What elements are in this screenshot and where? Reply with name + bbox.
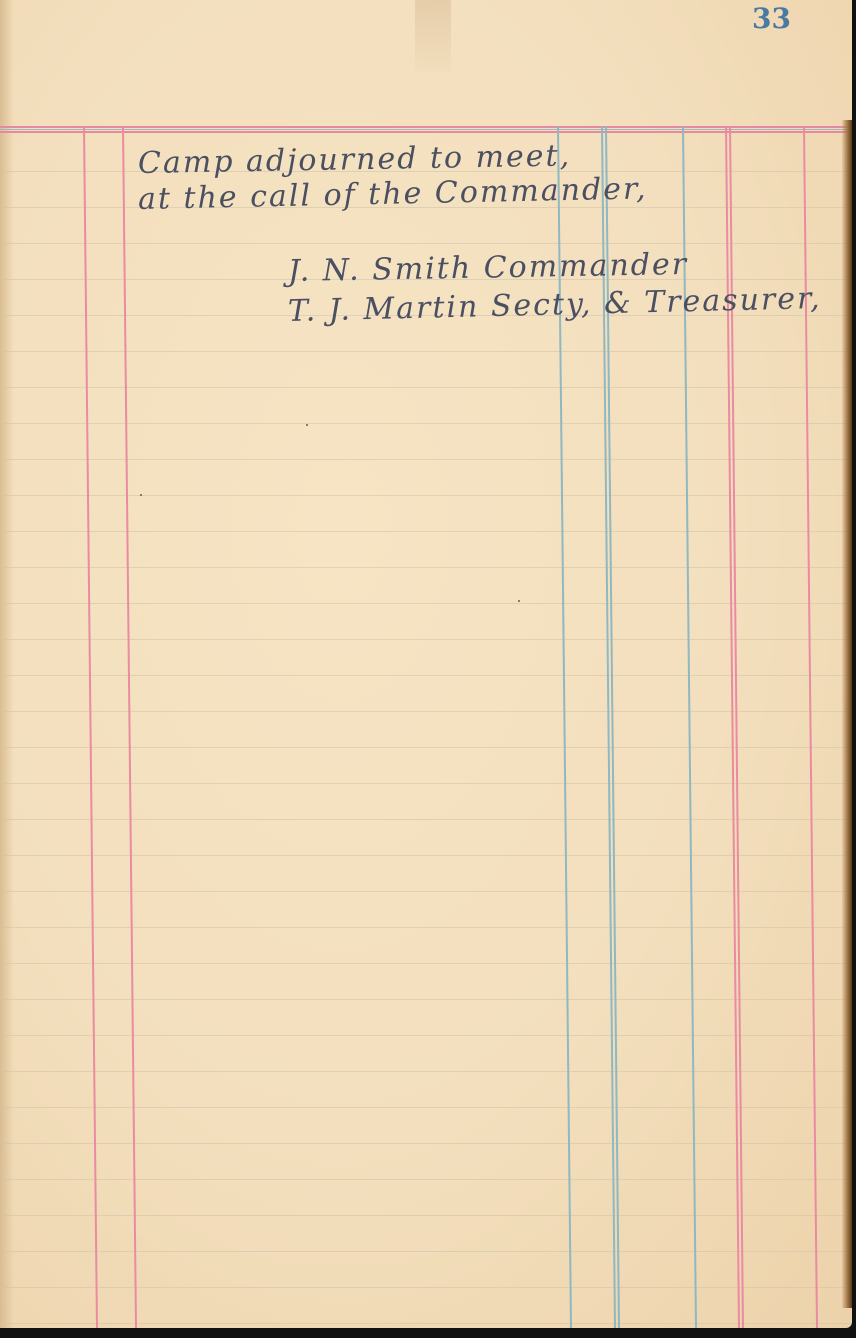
signature-commander: J. N. Smith Commander — [288, 247, 689, 289]
margin-rule-left-1 — [83, 126, 98, 1328]
page-edge — [842, 120, 852, 1308]
paper-stain — [415, 0, 451, 72]
margin-rule-left-2 — [122, 126, 137, 1328]
page-number: 33 — [752, 2, 791, 35]
ink-speck — [140, 494, 142, 496]
ink-speck — [518, 600, 520, 602]
ledger-page: 33 Camp adjourned to meet, at the call o… — [0, 0, 852, 1328]
ink-speck — [306, 424, 308, 426]
